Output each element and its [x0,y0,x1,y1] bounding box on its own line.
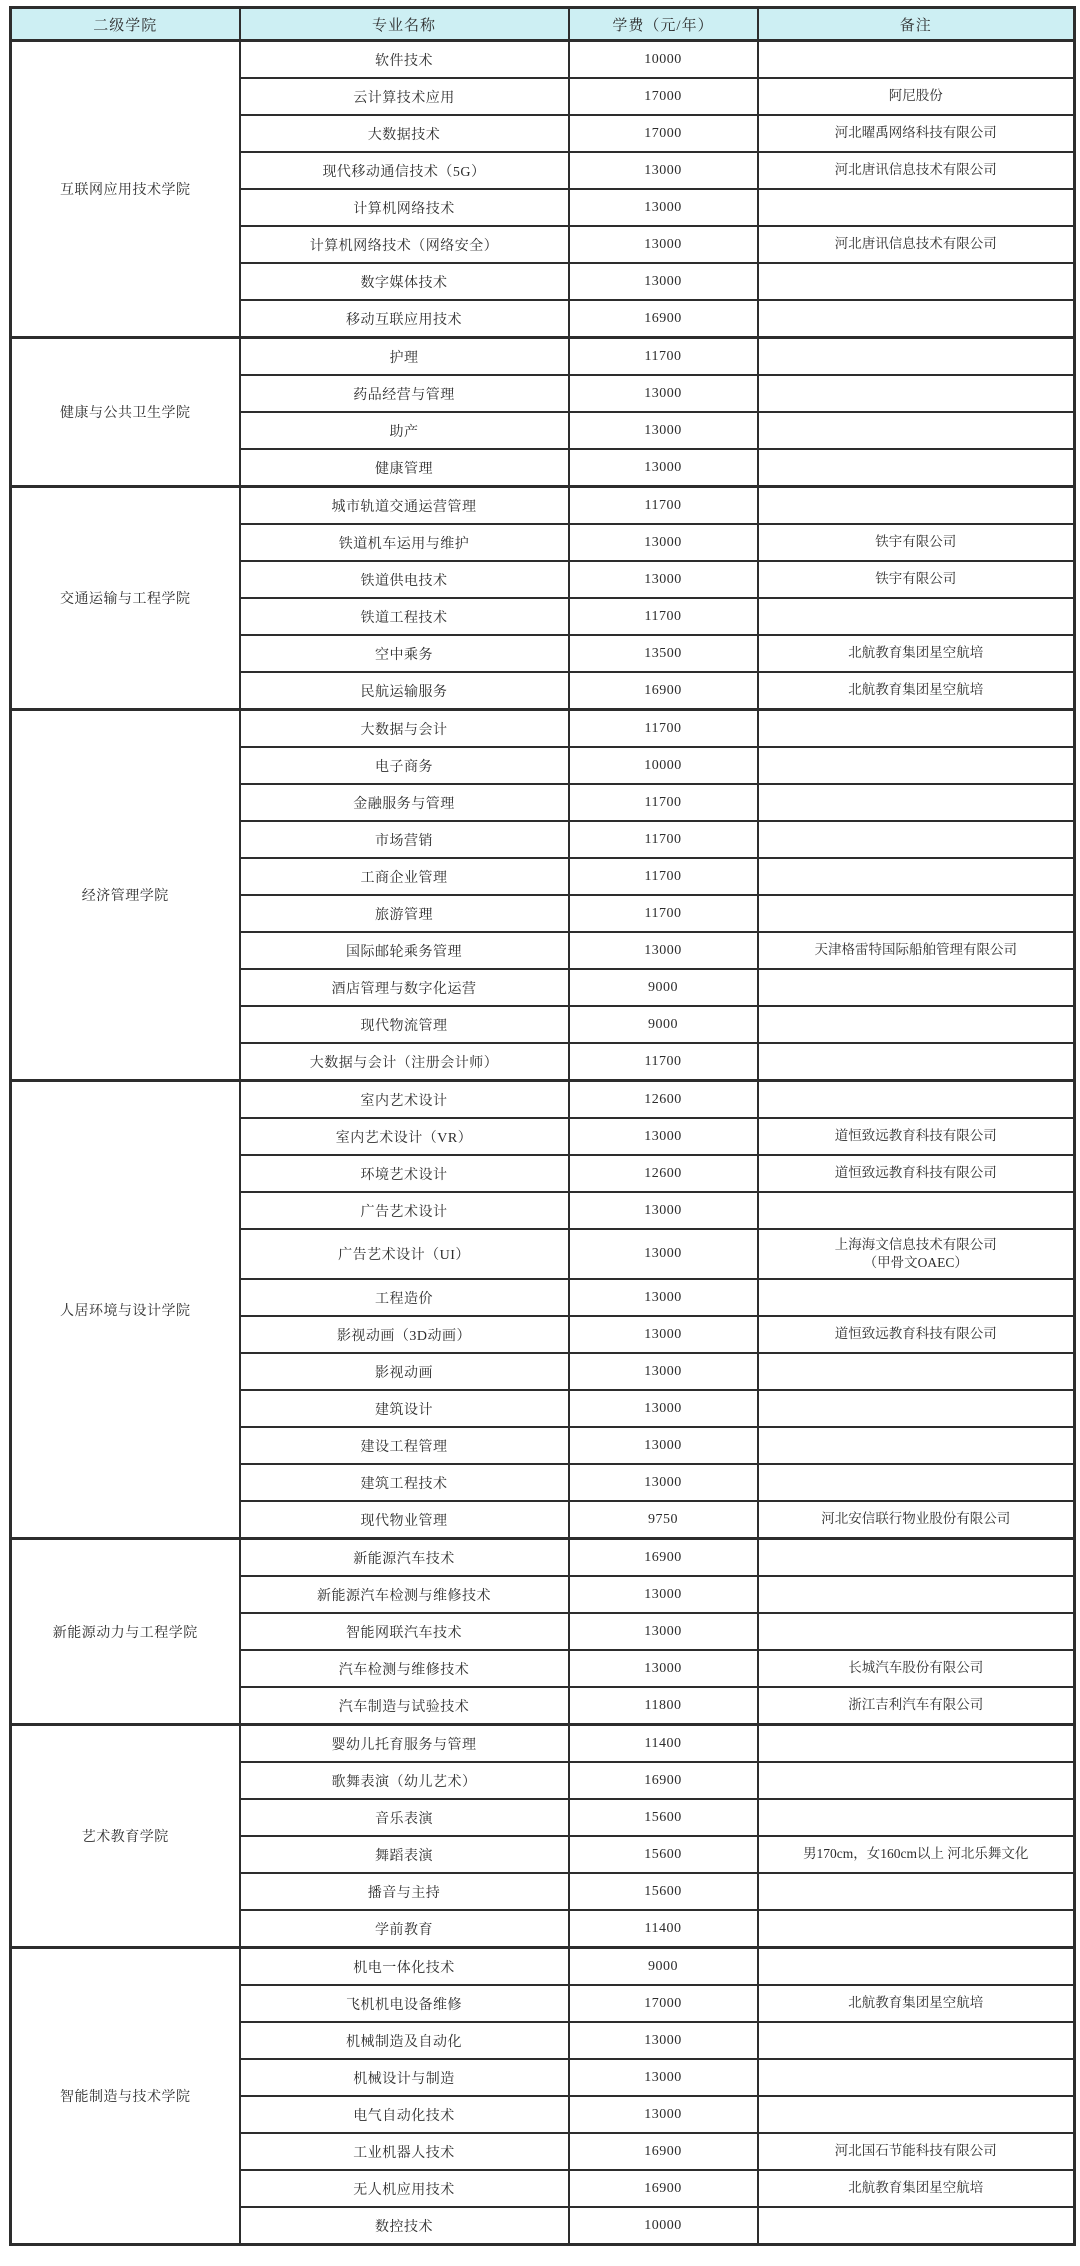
fee-cell: 11700 [569,487,758,525]
college-cell: 互联网应用技术学院 [11,41,240,338]
remark-cell [758,2059,1075,2096]
major-cell: 移动互联应用技术 [240,300,569,338]
remark-cell [758,1192,1075,1229]
fee-cell: 11700 [569,895,758,932]
fee-cell: 13000 [569,1229,758,1279]
major-cell: 健康管理 [240,449,569,487]
remark-cell: 天津格雷特国际船舶管理有限公司 [758,932,1075,969]
remark-cell [758,1799,1075,1836]
fee-cell: 9750 [569,1501,758,1539]
fee-cell: 13000 [569,1316,758,1353]
fee-cell: 13000 [569,1192,758,1229]
remark-cell [758,1910,1075,1948]
remark-cell: 道恒致远教育科技有限公司 [758,1316,1075,1353]
major-cell: 机械设计与制造 [240,2059,569,2096]
fee-cell: 17000 [569,115,758,152]
remark-cell [758,821,1075,858]
fee-cell: 9000 [569,969,758,1006]
college-cell: 经济管理学院 [11,710,240,1081]
fee-cell: 16900 [569,2170,758,2207]
fee-cell: 13000 [569,1576,758,1613]
fee-cell: 11700 [569,821,758,858]
major-cell: 云计算技术应用 [240,78,569,115]
table-row: 新能源动力与工程学院新能源汽车技术16900 [11,1539,1075,1577]
fee-cell: 13000 [569,1390,758,1427]
college-cell: 人居环境与设计学院 [11,1081,240,1539]
fee-cell: 13000 [569,1464,758,1501]
fee-cell: 11400 [569,1725,758,1763]
fee-cell: 13000 [569,1118,758,1155]
major-cell: 现代移动通信技术（5G） [240,152,569,189]
fee-cell: 16900 [569,1539,758,1577]
remark-cell [758,2207,1075,2245]
fee-cell: 11700 [569,338,758,376]
column-header-fee: 学费（元/年） [569,8,758,41]
major-cell: 婴幼儿托育服务与管理 [240,1725,569,1763]
remark-cell [758,487,1075,525]
major-cell: 民航运输服务 [240,672,569,710]
remark-cell [758,1427,1075,1464]
remark-cell [758,449,1075,487]
fee-cell: 13000 [569,932,758,969]
fee-cell: 9000 [569,1006,758,1043]
major-cell: 新能源汽车技术 [240,1539,569,1577]
remark-cell [758,412,1075,449]
table-row: 艺术教育学院婴幼儿托育服务与管理11400 [11,1725,1075,1763]
remark-cell [758,969,1075,1006]
major-cell: 学前教育 [240,1910,569,1948]
major-cell: 数控技术 [240,2207,569,2245]
fee-cell: 16900 [569,300,758,338]
remark-cell [758,1390,1075,1427]
major-cell: 机电一体化技术 [240,1948,569,1986]
major-cell: 铁道机车运用与维护 [240,524,569,561]
major-cell: 广告艺术设计（UI） [240,1229,569,1279]
fee-cell: 13000 [569,1613,758,1650]
college-cell: 智能制造与技术学院 [11,1948,240,2245]
fee-cell: 11800 [569,1687,758,1725]
fee-cell: 11700 [569,710,758,748]
major-cell: 铁道工程技术 [240,598,569,635]
major-cell: 室内艺术设计 [240,1081,569,1119]
remark-cell [758,1762,1075,1799]
fee-cell: 13000 [569,2059,758,2096]
major-cell: 数字媒体技术 [240,263,569,300]
remark-cell [758,1279,1075,1316]
fee-cell: 17000 [569,78,758,115]
major-cell: 助产 [240,412,569,449]
table-row: 经济管理学院大数据与会计11700 [11,710,1075,748]
fee-cell: 13000 [569,189,758,226]
major-cell: 市场营销 [240,821,569,858]
remark-cell: 阿尼股份 [758,78,1075,115]
tuition-fee-page: 二级学院 专业名称 学费（元/年） 备注 互联网应用技术学院软件技术10000云… [0,0,1080,2252]
remark-cell [758,375,1075,412]
major-cell: 播音与主持 [240,1873,569,1910]
remark-cell [758,1613,1075,1650]
remark-cell: 道恒致远教育科技有限公司 [758,1118,1075,1155]
major-cell: 工业机器人技术 [240,2133,569,2170]
remark-cell: 北航教育集团星空航培 [758,635,1075,672]
remark-cell [758,2022,1075,2059]
remark-cell [758,784,1075,821]
remark-cell [758,2096,1075,2133]
fee-cell: 15600 [569,1836,758,1873]
remark-cell: 北航教育集团星空航培 [758,672,1075,710]
major-cell: 国际邮轮乘务管理 [240,932,569,969]
remark-cell [758,1081,1075,1119]
major-cell: 电气自动化技术 [240,2096,569,2133]
remark-cell: 北航教育集团星空航培 [758,2170,1075,2207]
fee-cell: 13000 [569,263,758,300]
remark-cell [758,747,1075,784]
fee-cell: 13000 [569,561,758,598]
fee-cell: 13000 [569,412,758,449]
fee-cell: 11700 [569,1043,758,1081]
remark-cell [758,41,1075,79]
remark-cell: 铁宇有限公司 [758,524,1075,561]
major-cell: 机械制造及自动化 [240,2022,569,2059]
remark-cell [758,895,1075,932]
remark-cell: 男170cm，女160cm以上 河北乐舞文化 [758,1836,1075,1873]
remark-cell: 长城汽车股份有限公司 [758,1650,1075,1687]
major-cell: 建筑设计 [240,1390,569,1427]
column-header-remark: 备注 [758,8,1075,41]
major-cell: 环境艺术设计 [240,1155,569,1192]
tuition-fee-table: 二级学院 专业名称 学费（元/年） 备注 互联网应用技术学院软件技术10000云… [9,6,1076,2246]
remark-cell [758,1043,1075,1081]
remark-cell [758,1539,1075,1577]
fee-cell: 10000 [569,41,758,79]
fee-cell: 13000 [569,152,758,189]
fee-cell: 13000 [569,375,758,412]
remark-cell: 河北安信联行物业股份有限公司 [758,1501,1075,1539]
college-cell: 交通运输与工程学院 [11,487,240,710]
fee-cell: 9000 [569,1948,758,1986]
remark-cell [758,1464,1075,1501]
table-row: 交通运输与工程学院城市轨道交通运营管理11700 [11,487,1075,525]
remark-cell: 河北唐讯信息技术有限公司 [758,152,1075,189]
fee-cell: 15600 [569,1799,758,1836]
remark-cell: 河北唐讯信息技术有限公司 [758,226,1075,263]
fee-cell: 10000 [569,2207,758,2245]
fee-cell: 13500 [569,635,758,672]
major-cell: 金融服务与管理 [240,784,569,821]
table-row: 互联网应用技术学院软件技术10000 [11,41,1075,79]
header-row: 二级学院 专业名称 学费（元/年） 备注 [11,8,1075,41]
major-cell: 新能源汽车检测与维修技术 [240,1576,569,1613]
remark-cell: 河北曜禹网络科技有限公司 [758,115,1075,152]
major-cell: 舞蹈表演 [240,1836,569,1873]
college-cell: 健康与公共卫生学院 [11,338,240,487]
fee-cell: 13000 [569,1427,758,1464]
remark-cell [758,300,1075,338]
major-cell: 软件技术 [240,41,569,79]
major-cell: 大数据技术 [240,115,569,152]
college-cell: 艺术教育学院 [11,1725,240,1948]
fee-cell: 17000 [569,1985,758,2022]
major-cell: 广告艺术设计 [240,1192,569,1229]
major-cell: 大数据与会计 [240,710,569,748]
fee-cell: 12600 [569,1155,758,1192]
column-header-major: 专业名称 [240,8,569,41]
remark-cell: 道恒致远教育科技有限公司 [758,1155,1075,1192]
remark-cell [758,1006,1075,1043]
fee-cell: 13000 [569,226,758,263]
table-row: 智能制造与技术学院机电一体化技术9000 [11,1948,1075,1986]
fee-cell: 13000 [569,1279,758,1316]
column-header-college: 二级学院 [11,8,240,41]
fee-cell: 12600 [569,1081,758,1119]
fee-cell: 11400 [569,1910,758,1948]
fee-cell: 13000 [569,1650,758,1687]
major-cell: 建设工程管理 [240,1427,569,1464]
fee-cell: 13000 [569,2022,758,2059]
remark-cell: 铁宇有限公司 [758,561,1075,598]
major-cell: 影视动画 [240,1353,569,1390]
major-cell: 大数据与会计（注册会计师） [240,1043,569,1081]
remark-cell [758,338,1075,376]
major-cell: 汽车制造与试验技术 [240,1687,569,1725]
major-cell: 铁道供电技术 [240,561,569,598]
fee-cell: 11700 [569,784,758,821]
major-cell: 现代物业管理 [240,1501,569,1539]
major-cell: 护理 [240,338,569,376]
remark-cell [758,1576,1075,1613]
remark-cell [758,263,1075,300]
major-cell: 汽车检测与维修技术 [240,1650,569,1687]
major-cell: 现代物流管理 [240,1006,569,1043]
fee-cell: 13000 [569,449,758,487]
table-row: 健康与公共卫生学院护理11700 [11,338,1075,376]
remark-cell [758,189,1075,226]
fee-cell: 16900 [569,672,758,710]
major-cell: 影视动画（3D动画） [240,1316,569,1353]
major-cell: 电子商务 [240,747,569,784]
major-cell: 工商企业管理 [240,858,569,895]
major-cell: 音乐表演 [240,1799,569,1836]
fee-cell: 13000 [569,1353,758,1390]
remark-cell: 上海海文信息技术有限公司 （甲骨文OAEC） [758,1229,1075,1279]
remark-cell [758,1948,1075,1986]
table-row: 人居环境与设计学院室内艺术设计12600 [11,1081,1075,1119]
fee-cell: 11700 [569,858,758,895]
major-cell: 建筑工程技术 [240,1464,569,1501]
major-cell: 旅游管理 [240,895,569,932]
major-cell: 工程造价 [240,1279,569,1316]
major-cell: 歌舞表演（幼儿艺术） [240,1762,569,1799]
major-cell: 城市轨道交通运营管理 [240,487,569,525]
remark-cell: 河北国石节能科技有限公司 [758,2133,1075,2170]
major-cell: 空中乘务 [240,635,569,672]
fee-cell: 10000 [569,747,758,784]
college-cell: 新能源动力与工程学院 [11,1539,240,1725]
fee-cell: 15600 [569,1873,758,1910]
major-cell: 计算机网络技术（网络安全） [240,226,569,263]
major-cell: 酒店管理与数字化运营 [240,969,569,1006]
major-cell: 计算机网络技术 [240,189,569,226]
fee-cell: 13000 [569,2096,758,2133]
fee-cell: 13000 [569,524,758,561]
table-body: 互联网应用技术学院软件技术10000云计算技术应用17000阿尼股份大数据技术1… [11,41,1075,2245]
remark-cell [758,598,1075,635]
remark-cell: 北航教育集团星空航培 [758,1985,1075,2022]
major-cell: 无人机应用技术 [240,2170,569,2207]
fee-cell: 11700 [569,598,758,635]
fee-cell: 16900 [569,1762,758,1799]
fee-cell: 16900 [569,2133,758,2170]
remark-cell [758,1873,1075,1910]
major-cell: 室内艺术设计（VR） [240,1118,569,1155]
remark-cell [758,1725,1075,1763]
remark-cell [758,1353,1075,1390]
remark-cell [758,710,1075,748]
remark-cell: 浙江吉利汽车有限公司 [758,1687,1075,1725]
major-cell: 药品经营与管理 [240,375,569,412]
major-cell: 智能网联汽车技术 [240,1613,569,1650]
major-cell: 飞机机电设备维修 [240,1985,569,2022]
remark-cell [758,858,1075,895]
